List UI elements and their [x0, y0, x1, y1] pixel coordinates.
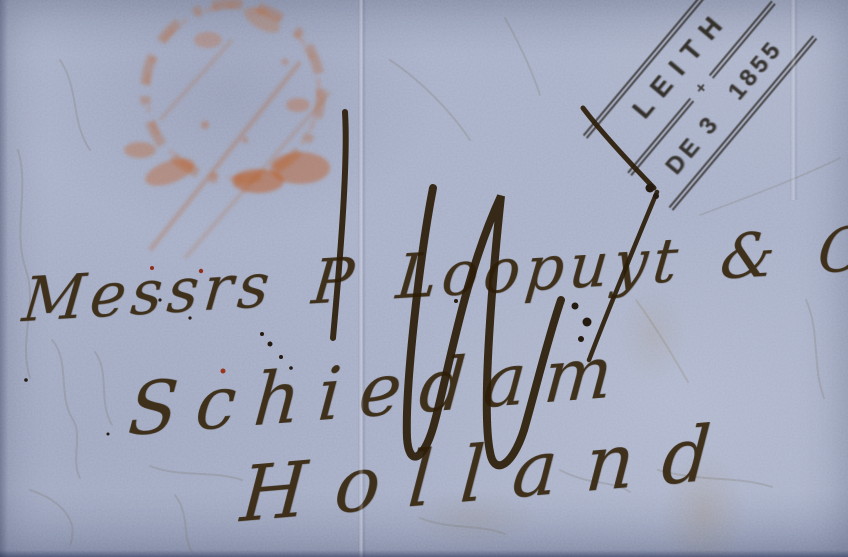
photo-bottom-edge — [0, 550, 848, 557]
photo-left-edge — [0, 0, 8, 557]
over-marks-layer — [0, 0, 848, 557]
postal-cover-photo: LEITH + DE 3 1855 Messrs P Loopuyt & Co … — [0, 0, 848, 557]
manuscript-rate-mark — [333, 108, 657, 465]
